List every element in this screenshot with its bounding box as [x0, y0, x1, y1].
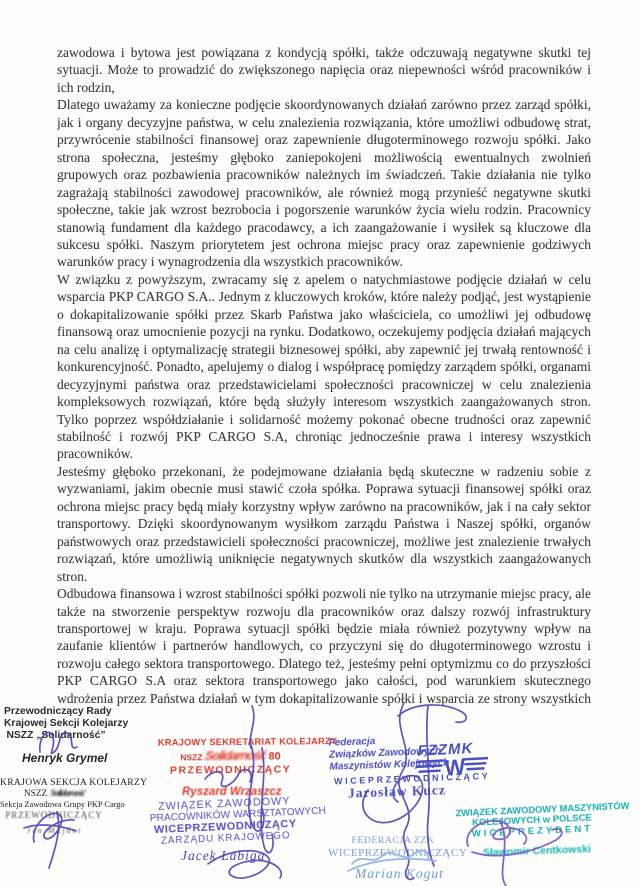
signer-name-ryszard-wrzaszcz: Ryszard Wrzaszcz — [182, 786, 282, 798]
stamp-line: ZARZĄDU KRAJOWEGO — [151, 830, 301, 848]
stamp-role: WICEPRZEWODNICZĄCY — [334, 772, 469, 787]
signature-marian-kogut — [348, 851, 436, 871]
stamp-krajowa-sekcja-kolejarzy: KRAJOWA SEKCJA KOLEJARZY NSZZ Solidarnoś… — [0, 778, 108, 821]
svg-text:FZZMK: FZZMK — [417, 740, 474, 760]
body-paragraph: Dlatego uważamy za konieczne podjęcie sk… — [57, 96, 591, 271]
stamp-role: WICEPREZYDENT — [456, 823, 608, 841]
stamp-role: WICEPRZEWODNICZĄCY — [328, 847, 458, 859]
signature-jacek-labiga — [205, 706, 281, 878]
signer-name-slawomir-centkowski: Sławomir Centkowski — [483, 843, 591, 859]
stamp-org-suffix: 80 — [268, 751, 280, 763]
signature-henryk-grymel — [40, 732, 77, 753]
stamp-line: KRAJOWA SEKCJA KOLEJARZY — [0, 778, 108, 789]
signer-name-marian-kogut: Marian Kogut — [355, 866, 444, 882]
stamp-line: PRACOWNIKÓW WARSZTATOWYCH — [150, 807, 300, 825]
signer-name-jan-majder: Jan Majder — [27, 826, 83, 835]
stamp-line: NSZZ Solidarność 80 — [158, 748, 303, 763]
body-paragraph: Odbudowa finansowa i wzrost stabilności … — [57, 585, 591, 706]
fzzmk-logo-icon: FZZMK W — [413, 737, 491, 781]
letter-body: zawodowa i bytowa jest powiązana z kondy… — [57, 44, 591, 706]
stamp-line: NSZZ „Solidarność” — [4, 730, 108, 742]
stamp-line: Sekcja Zawodowa Grupy PKP Cargo — [0, 800, 108, 811]
stamp-line: ZWIĄZEK ZAWODOWY — [149, 795, 299, 814]
stamp-org-prefix: NSZZ — [180, 752, 202, 762]
stamp-role: PRZEWODNICZĄCY — [158, 763, 303, 776]
stamp-line: KOLEJOWYCH w POLSCE — [456, 812, 608, 830]
body-paragraph: zawodowa i bytowa jest powiązana z kondy… — [57, 44, 591, 96]
svg-text:W: W — [444, 754, 466, 780]
stamp-line: FEDERACJA ZZK — [328, 835, 458, 847]
stamp-line: Krajowej Sekcji Kolejarzy — [4, 718, 108, 730]
solidarnosc-logo-text: Solidarność — [49, 789, 85, 800]
signature-slawomir-centkowski — [467, 820, 562, 886]
stamp-line: NSZZ Solidarność — [0, 789, 108, 800]
stamp-fzzmk-federacja: Federacja Związków Zawodowych Maszynistó… — [328, 734, 429, 773]
stamp-role: WICEPRZEWODNICZĄCY — [150, 818, 300, 837]
stamp-solidarnosc-80: KRAJOWY SEKRETARIAT KOLEJARZY NSZZ Solid… — [158, 736, 303, 776]
body-paragraph: W związku z powyższym, zwracamy się z ap… — [57, 271, 591, 463]
stamp-line: Maszynistów Kolejowych — [329, 758, 429, 773]
stamp-line: Federacja — [328, 734, 428, 749]
stamp-line: PRZEWODNICZĄCY — [0, 810, 108, 821]
signer-name-henryk-grymel: Henryk Grymel — [22, 751, 107, 765]
signature-jan-majder — [24, 812, 76, 868]
signer-name-jacek-labiga: Jacek Łabiga — [181, 848, 265, 864]
solidarnosc-logo-text: Solidarność — [204, 749, 267, 764]
stamp-org-prefix: NSZZ — [24, 789, 47, 799]
signer-name-jaroslaw-kucz: Jarosław Kucz — [348, 782, 446, 801]
scanned-letter-page: zawodowa i bytowa jest powiązana z kondy… — [0, 0, 642, 886]
body-paragraph: Jesteśmy głęboko przekonani, że podejmow… — [57, 463, 591, 585]
stamp-pracownikow-warsztatowych: ZWIĄZEK ZAWODOWY PRACOWNIKÓW WARSZTATOWY… — [149, 795, 301, 847]
signature-jaroslaw-kucz — [363, 703, 466, 879]
stamp-zzm-kolejowych: ZWIĄZEK ZAWODOWY MASZYNISTÓW KOLEJOWYCH … — [455, 802, 608, 841]
stamp-line: ZWIĄZEK ZAWODOWY MASZYNISTÓW — [455, 802, 607, 819]
stamp-line: Przewodniczący Rady — [4, 706, 108, 718]
stamp-solidarnosc-rada: Przewodniczący Rady Krajowej Sekcji Kole… — [4, 706, 108, 741]
stamp-federacja-zzk: FEDERACJA ZZK WICEPRZEWODNICZĄCY — [328, 835, 458, 859]
stamp-line: KRAJOWY SEKRETARIAT KOLEJARZY — [158, 736, 303, 747]
stamp-line: Związków Zawodowych — [329, 746, 429, 761]
